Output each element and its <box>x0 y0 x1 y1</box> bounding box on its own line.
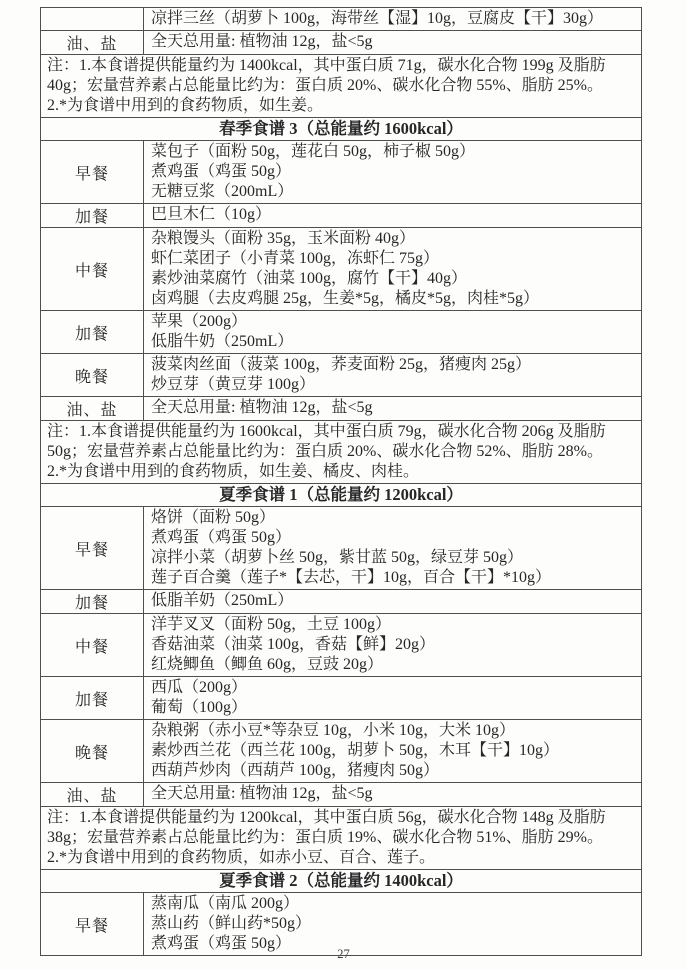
meal-items-cell: 西瓜（200g） 葡萄（100g） <box>144 677 641 719</box>
meal-label <box>41 8 144 30</box>
note-row: 注：1.本食谱提供能量约为 1200kcal，其中蛋白质 56g，碳水化合物 1… <box>41 807 641 870</box>
note-line: 2.*为食谱中用到的食药物质，如生姜。 <box>47 96 635 116</box>
meal-item: 葡萄（100g） <box>151 698 637 718</box>
page-number: 27 <box>0 947 687 962</box>
note-line: 注：1.本食谱提供能量约为 1400kcal，其中蛋白质 71g，碳水化合物 1… <box>47 56 635 96</box>
meal-items-cell: 蒸南瓜（南瓜 200g） 蒸山药（鲜山药*50g） 煮鸡蛋（鸡蛋 50g） <box>144 893 641 955</box>
meal-items-cell: 烙饼（面粉 50g） 煮鸡蛋（鸡蛋 50g） 凉拌小菜（胡萝卜丝 50g，紫甘蓝… <box>144 507 641 589</box>
meal-items-cell: 凉拌三丝（胡萝卜 100g，海带丝【湿】10g，豆腐皮【干】30g） <box>144 8 641 30</box>
meal-items-cell: 全天总用量: 植物油 12g，盐<5g <box>144 31 641 54</box>
meal-label: 早餐 <box>41 507 144 589</box>
meal-label: 油、盐 <box>41 783 144 806</box>
meal-items-cell: 全天总用量: 植物油 12g，盐<5g <box>144 783 641 806</box>
meal-label: 中餐 <box>41 228 144 310</box>
note-line: 2.*为食谱中用到的食药物质，如赤小豆、百合、莲子。 <box>47 848 635 868</box>
note-row: 注：1.本食谱提供能量约为 1600kcal，其中蛋白质 79g，碳水化合物 2… <box>41 421 641 484</box>
meal-items-cell: 洋芋叉叉（面粉 50g，土豆 100g） 香菇油菜（油菜 100g，香菇【鲜】2… <box>144 614 641 676</box>
meal-item: 卤鸡腿（去皮鸡腿 25g，生姜*5g，橘皮*5g，肉桂*5g） <box>151 289 637 309</box>
meal-items-cell: 菜包子（面粉 50g，莲花白 50g，柿子椒 50g） 煮鸡蛋（鸡蛋 50g） … <box>144 141 641 203</box>
meal-item: 杂粮馒头（面粉 35g，玉米面粉 40g） <box>151 229 637 249</box>
meal-label: 加餐 <box>41 590 144 613</box>
table-row: 早餐 蒸南瓜（南瓜 200g） 蒸山药（鲜山药*50g） 煮鸡蛋（鸡蛋 50g） <box>41 893 641 955</box>
meal-label: 早餐 <box>41 141 144 203</box>
table-row: 早餐 烙饼（面粉 50g） 煮鸡蛋（鸡蛋 50g） 凉拌小菜（胡萝卜丝 50g，… <box>41 507 641 590</box>
note-line: 2.*为食谱中用到的食药物质，如生姜、橘皮、肉桂。 <box>47 462 635 482</box>
meal-item: 炒豆芽（黄豆芽 100g） <box>151 375 637 395</box>
meal-item: 西瓜（200g） <box>151 678 637 698</box>
meal-items-cell: 杂粮粥（赤小豆*等杂豆 10g，小米 10g，大米 10g） 素炒西兰花（西兰花… <box>144 720 641 782</box>
note-row: 注：1.本食谱提供能量约为 1400kcal，其中蛋白质 71g，碳水化合物 1… <box>41 55 641 118</box>
table-row: 早餐 菜包子（面粉 50g，莲花白 50g，柿子椒 50g） 煮鸡蛋（鸡蛋 50… <box>41 141 641 204</box>
meal-label: 油、盐 <box>41 31 144 54</box>
table-row: 油、盐 全天总用量: 植物油 12g，盐<5g <box>41 31 641 55</box>
section-header-row: 春季食谱 3（总能量约 1600kcal） <box>41 118 641 141</box>
note-cell: 注：1.本食谱提供能量约为 1600kcal，其中蛋白质 79g，碳水化合物 2… <box>41 421 641 483</box>
meal-item: 苹果（200g） <box>151 312 637 332</box>
meal-label: 油、盐 <box>41 397 144 420</box>
document-page: 凉拌三丝（胡萝卜 100g，海带丝【湿】10g，豆腐皮【干】30g） 油、盐 全… <box>0 0 687 970</box>
section-header-title: 夏季食谱 1（总能量约 1200kcal） <box>47 485 635 505</box>
table-row: 油、盐 全天总用量: 植物油 12g，盐<5g <box>41 783 641 807</box>
meal-label: 中餐 <box>41 614 144 676</box>
meal-item: 烙饼（面粉 50g） <box>151 508 637 528</box>
meal-item: 蒸山药（鲜山药*50g） <box>151 914 637 934</box>
meal-item: 菠菜肉丝面（菠菜 100g，荞麦面粉 25g，猪瘦肉 25g） <box>151 355 637 375</box>
meal-label: 加餐 <box>41 677 144 719</box>
meal-item: 虾仁菜团子（小青菜 100g，冻虾仁 75g） <box>151 249 637 269</box>
meal-item: 全天总用量: 植物油 12g，盐<5g <box>151 784 637 804</box>
meal-item: 素炒西兰花（西兰花 100g，胡萝卜 50g，木耳【干】10g） <box>151 741 637 761</box>
meal-item: 低脂牛奶（250mL） <box>151 332 637 352</box>
meal-item: 杂粮粥（赤小豆*等杂豆 10g，小米 10g，大米 10g） <box>151 721 637 741</box>
table-row: 凉拌三丝（胡萝卜 100g，海带丝【湿】10g，豆腐皮【干】30g） <box>41 8 641 31</box>
meal-item: 全天总用量: 植物油 12g，盐<5g <box>151 32 637 52</box>
table-row: 加餐 苹果（200g） 低脂牛奶（250mL） <box>41 311 641 354</box>
section-header-cell: 夏季食谱 2（总能量约 1400kcal） <box>41 870 641 892</box>
meal-item: 蒸南瓜（南瓜 200g） <box>151 894 637 914</box>
meal-item: 菜包子（面粉 50g，莲花白 50g，柿子椒 50g） <box>151 142 637 162</box>
meal-item: 凉拌小菜（胡萝卜丝 50g，紫甘蓝 50g，绿豆芽 50g） <box>151 548 637 568</box>
meal-label: 晚餐 <box>41 720 144 782</box>
note-line: 注：1.本食谱提供能量约为 1600kcal，其中蛋白质 79g，碳水化合物 2… <box>47 422 635 462</box>
meal-item: 香菇油菜（油菜 100g，香菇【鲜】20g） <box>151 635 637 655</box>
note-cell: 注：1.本食谱提供能量约为 1400kcal，其中蛋白质 71g，碳水化合物 1… <box>41 55 641 117</box>
meal-item: 低脂羊奶（250mL） <box>151 591 637 611</box>
table-row: 中餐 洋芋叉叉（面粉 50g，土豆 100g） 香菇油菜（油菜 100g，香菇【… <box>41 614 641 677</box>
meal-item: 洋芋叉叉（面粉 50g，土豆 100g） <box>151 615 637 635</box>
table-row: 晚餐 菠菜肉丝面（菠菜 100g，荞麦面粉 25g，猪瘦肉 25g） 炒豆芽（黄… <box>41 354 641 397</box>
meal-item: 巴旦木仁（10g） <box>151 205 637 225</box>
meal-item: 无糖豆浆（200mL） <box>151 182 637 202</box>
section-header-row: 夏季食谱 2（总能量约 1400kcal） <box>41 870 641 893</box>
meal-item: 煮鸡蛋（鸡蛋 50g） <box>151 162 637 182</box>
meal-label: 早餐 <box>41 893 144 955</box>
meal-label: 晚餐 <box>41 354 144 396</box>
meal-items-cell: 全天总用量: 植物油 12g，盐<5g <box>144 397 641 420</box>
meal-item: 莲子百合羹（莲子*【去芯，干】10g，百合【干】*10g） <box>151 568 637 588</box>
section-header-row: 夏季食谱 1（总能量约 1200kcal） <box>41 484 641 507</box>
meal-item: 素炒油菜腐竹（油菜 100g，腐竹【干】40g） <box>151 269 637 289</box>
meal-item: 西葫芦炒肉（西葫芦 100g，猪瘦肉 50g） <box>151 761 637 781</box>
table-row: 油、盐 全天总用量: 植物油 12g，盐<5g <box>41 397 641 421</box>
note-cell: 注：1.本食谱提供能量约为 1200kcal，其中蛋白质 56g，碳水化合物 1… <box>41 807 641 869</box>
table-row: 中餐 杂粮馒头（面粉 35g，玉米面粉 40g） 虾仁菜团子（小青菜 100g，… <box>41 228 641 311</box>
meal-item: 全天总用量: 植物油 12g，盐<5g <box>151 398 637 418</box>
meal-label: 加餐 <box>41 311 144 353</box>
section-header-cell: 夏季食谱 1（总能量约 1200kcal） <box>41 484 641 506</box>
meal-items-cell: 苹果（200g） 低脂牛奶（250mL） <box>144 311 641 353</box>
meal-item: 凉拌三丝（胡萝卜 100g，海带丝【湿】10g，豆腐皮【干】30g） <box>151 9 637 29</box>
meal-label: 加餐 <box>41 204 144 227</box>
meal-items-cell: 低脂羊奶（250mL） <box>144 590 641 613</box>
meal-item: 红烧鲫鱼（鲫鱼 60g，豆豉 20g） <box>151 655 637 675</box>
meal-items-cell: 菠菜肉丝面（菠菜 100g，荞麦面粉 25g，猪瘦肉 25g） 炒豆芽（黄豆芽 … <box>144 354 641 396</box>
section-header-title: 夏季食谱 2（总能量约 1400kcal） <box>47 871 635 891</box>
table-row: 加餐 巴旦木仁（10g） <box>41 204 641 228</box>
table-row: 加餐 西瓜（200g） 葡萄（100g） <box>41 677 641 720</box>
note-line: 注：1.本食谱提供能量约为 1200kcal，其中蛋白质 56g，碳水化合物 1… <box>47 808 635 848</box>
table-row: 晚餐 杂粮粥（赤小豆*等杂豆 10g，小米 10g，大米 10g） 素炒西兰花（… <box>41 720 641 783</box>
section-header-cell: 春季食谱 3（总能量约 1600kcal） <box>41 118 641 140</box>
meal-items-cell: 巴旦木仁（10g） <box>144 204 641 227</box>
table-row: 加餐 低脂羊奶（250mL） <box>41 590 641 614</box>
section-header-title: 春季食谱 3（总能量约 1600kcal） <box>47 119 635 139</box>
meal-item: 煮鸡蛋（鸡蛋 50g） <box>151 528 637 548</box>
recipe-table: 凉拌三丝（胡萝卜 100g，海带丝【湿】10g，豆腐皮【干】30g） 油、盐 全… <box>40 7 642 956</box>
meal-items-cell: 杂粮馒头（面粉 35g，玉米面粉 40g） 虾仁菜团子（小青菜 100g，冻虾仁… <box>144 228 641 310</box>
